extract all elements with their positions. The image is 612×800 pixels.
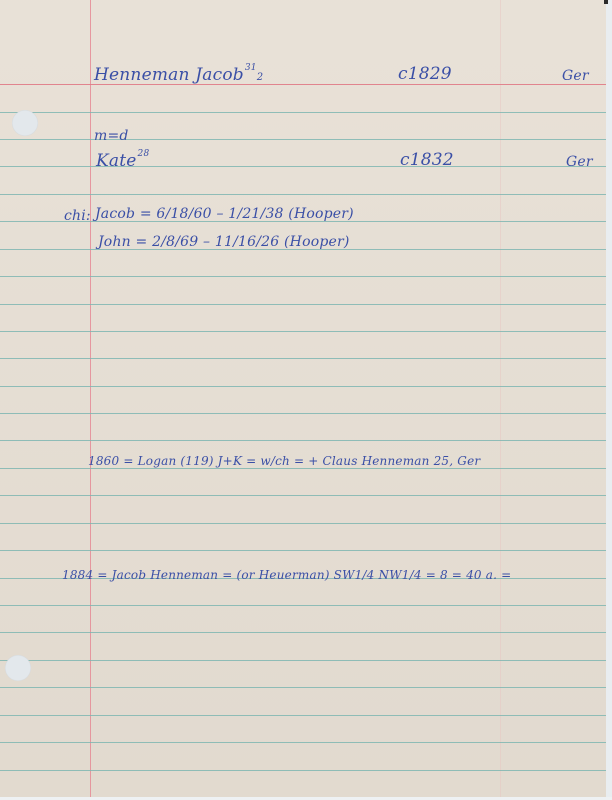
child-row-jacob: Jacob = 6/18/60 – 1/21/38 (Hooper) [95,207,354,221]
ruled-line [0,660,606,661]
name-text: Kate [96,151,137,171]
header-rule [0,84,606,85]
hole-punch-top [12,110,38,136]
ruled-line [0,715,606,716]
entry-birth-kate: c1832 [400,152,454,169]
margin-line [90,0,91,797]
ruled-line [0,166,606,167]
ruled-line [0,440,606,441]
age-superscript: 31 [245,63,257,73]
entry-origin-jacob: Ger [562,69,589,83]
ruled-line [0,358,606,359]
ruled-line [0,632,606,633]
ruled-line [0,742,606,743]
notebook-page: Henneman Jacob312 c1829 Ger m=d Kate28 c… [0,0,606,797]
ruled-line [0,331,606,332]
ruled-line [0,523,606,524]
ruled-line [0,770,606,771]
entry-origin-kate: Ger [566,155,593,169]
child-row-john: John = 2/8/69 – 11/16/26 (Hooper) [98,235,350,249]
ruled-line [0,413,606,414]
ruled-line [0,194,606,195]
hole-punch-bottom [5,655,31,681]
ruled-line [0,550,606,551]
ruled-line [0,386,606,387]
ruled-line [0,276,606,277]
ruled-line [0,468,606,469]
entry-birth-jacob: c1829 [398,66,452,83]
ruled-line [0,605,606,606]
suffix-mark: 2 [257,72,264,83]
ruled-line [0,495,606,496]
scan-edge-right [606,0,612,800]
children-label: chi: [64,209,91,223]
name-text: Henneman Jacob [94,65,244,85]
faint-right-margin-line [500,0,501,797]
census-1860-note: 1860 = Logan (119) J+K = w/ch = + Claus … [88,455,480,467]
entry-name-kate: Kate28 [96,150,149,170]
entry-name-jacob: Henneman Jacob312 [94,64,263,84]
age-superscript: 28 [138,149,150,159]
married-label: m=d [94,129,129,143]
ruled-line [0,687,606,688]
ruled-line [0,139,606,140]
land-1884-note: 1884 = Jacob Henneman = (or Heuerman) SW… [62,569,511,581]
ruled-line [0,112,606,113]
ruled-line [0,304,606,305]
scan-corner-artifact [604,0,608,4]
